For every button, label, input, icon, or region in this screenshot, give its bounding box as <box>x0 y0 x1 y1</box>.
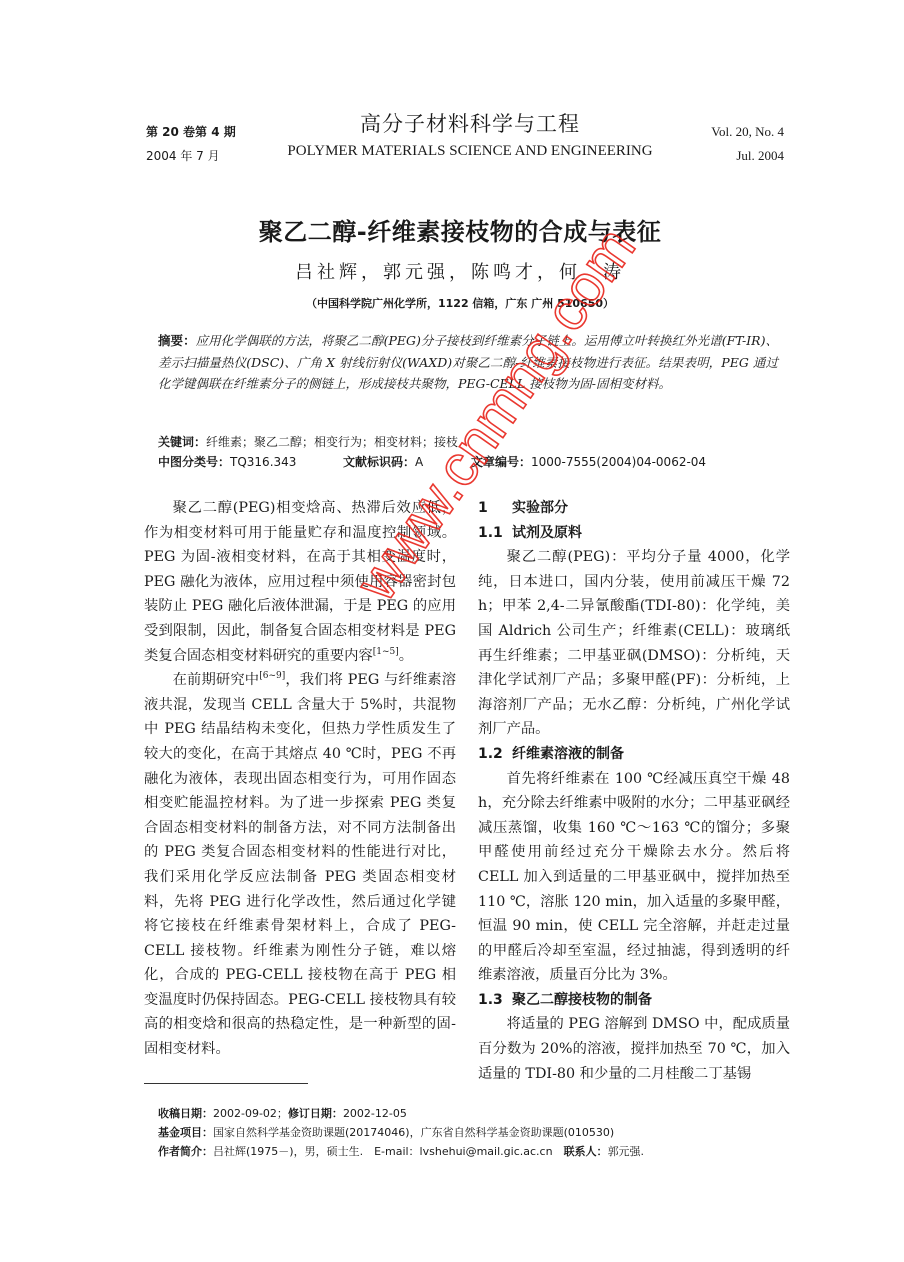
journal-title-en: POLYMER MATERIALS SCIENCE AND ENGINEERIN… <box>230 140 710 162</box>
abstract: 摘要：应用化学偶联的方法，将聚乙二醇(PEG)分子接枝到纤维素分子链上。运用傅立… <box>158 330 778 395</box>
author-value: 吕社辉(1975－)，男，硕士生. E-mail：lvshehui@mail.g… <box>213 1145 564 1158</box>
paragraph-1-2: 首先将纤维素在 100 ℃经减压真空干燥 48 h，充分除去纤维素中吸附的水分；… <box>478 767 790 988</box>
section-heading-1-1: 1.1试剂及原料 <box>478 521 790 546</box>
text: ，我们将 PEG 与纤维素溶液共混，发现当 CELL 含量大于 5%时，共混物中… <box>144 672 456 1057</box>
date-en: Jul. 2004 <box>711 144 784 168</box>
text: 。 <box>399 648 413 664</box>
document-code: 文献标识码：A <box>343 452 471 472</box>
received-date: 收稿日期：2002-09-02；修订日期：2002-12-05 <box>158 1104 798 1123</box>
section-title: 纤维素溶液的制备 <box>512 746 624 762</box>
article-no-value: 1000-7555(2004)04-0062-04 <box>531 455 706 469</box>
classification-line: 中图分类号：TQ316.343 文献标识码：A 文章编号：1000-7555(2… <box>158 452 798 472</box>
keywords-text: 纤维素；聚乙二醇；相变行为；相变材料；接枝 <box>206 435 458 449</box>
abstract-label: 摘要： <box>158 333 196 348</box>
body-column-right: 1实验部分 1.1试剂及原料 聚乙二醇(PEG)：平均分子量 4000，化学纯，… <box>478 496 790 1086</box>
clc-number: 中图分类号：TQ316.343 <box>158 452 343 472</box>
received-label: 收稿日期： <box>158 1107 213 1120</box>
authors: 吕社辉，郭元强，陈鸣才，何 涛 <box>120 258 800 284</box>
keywords: 关键词：纤维素；聚乙二醇；相变行为；相变材料；接枝 <box>158 432 458 452</box>
paragraph-1-1: 聚乙二醇(PEG)：平均分子量 4000，化学纯，日本进口，国内分装，使用前减压… <box>478 545 790 742</box>
footnote-divider <box>144 1083 308 1084</box>
journal-title-cn: 高分子材料科学与工程 <box>230 110 710 138</box>
paper-page: 第 20 卷第 4 期 2004 年 7 月 高分子材料科学与工程 POLYME… <box>0 0 904 1262</box>
intro-paragraph-2: 在前期研究中[6~9]，我们将 PEG 与纤维素溶液共混，发现当 CELL 含量… <box>144 668 456 1062</box>
section-number: 1.3 <box>478 988 512 1013</box>
clc-value: TQ316.343 <box>230 455 296 469</box>
header-left: 第 20 卷第 4 期 2004 年 7 月 <box>146 120 236 168</box>
author-info: 作者简介：吕社辉(1975－)，男，硕士生. E-mail：lvshehui@m… <box>158 1142 798 1161</box>
fund-value: 国家自然科学基金资助课题(20174046)，广东省自然科学基金资助课题(010… <box>213 1126 614 1139</box>
doc-code-value: A <box>415 455 423 469</box>
contact-value: 郭元强. <box>608 1145 645 1158</box>
section-heading-1-3: 1.3聚乙二醇接枝物的制备 <box>478 988 790 1013</box>
section-heading-1-2: 1.2纤维素溶液的制备 <box>478 742 790 767</box>
doc-code-label: 文献标识码： <box>343 455 415 469</box>
section-number: 1.1 <box>478 521 512 546</box>
author-label: 作者简介： <box>158 1145 213 1158</box>
article-no-label: 文章编号： <box>471 455 531 469</box>
contact-label: 联系人： <box>564 1145 608 1158</box>
footnotes: 收稿日期：2002-09-02；修订日期：2002-12-05 基金项目：国家自… <box>158 1104 798 1161</box>
fund-label: 基金项目： <box>158 1126 213 1139</box>
section-heading-1: 1实验部分 <box>478 496 790 521</box>
section-title: 试剂及原料 <box>512 525 582 541</box>
revised-label: 修订日期： <box>288 1107 343 1120</box>
header-right: Vol. 20, No. 4 Jul. 2004 <box>711 120 784 168</box>
section-title: 实验部分 <box>512 500 568 516</box>
keywords-label: 关键词： <box>158 435 206 449</box>
article-number: 文章编号：1000-7555(2004)04-0062-04 <box>471 452 706 472</box>
volume-issue-cn: 第 20 卷第 4 期 <box>146 120 236 144</box>
paper-title: 聚乙二醇-纤维素接枝物的合成与表征 <box>120 212 800 247</box>
received-value: 2002-09-02； <box>213 1107 288 1120</box>
body-column-left: 聚乙二醇(PEG)相变焓高、热滞后效应低，作为相变材料可用于能量贮存和温度控制领… <box>144 496 456 1062</box>
text: 在前期研究中 <box>173 672 260 688</box>
affiliation: （中国科学院广州化学所，1122 信箱，广东 广州 510650） <box>120 295 800 311</box>
citation: [1~5] <box>373 647 399 657</box>
section-number: 1.2 <box>478 742 512 767</box>
section-number: 1 <box>478 496 512 521</box>
clc-label: 中图分类号： <box>158 455 230 469</box>
text: 聚乙二醇(PEG)相变焓高、热滞后效应低，作为相变材料可用于能量贮存和温度控制领… <box>144 500 456 664</box>
citation: [6~9] <box>259 671 285 681</box>
abstract-text: 应用化学偶联的方法，将聚乙二醇(PEG)分子接枝到纤维素分子链上。运用傅立叶转换… <box>158 333 778 391</box>
journal-header: 高分子材料科学与工程 POLYMER MATERIALS SCIENCE AND… <box>230 110 710 162</box>
paragraph-1-3: 将适量的 PEG 溶解到 DMSO 中，配成质量百分数为 20%的溶液，搅拌加热… <box>478 1012 790 1086</box>
intro-paragraph-1: 聚乙二醇(PEG)相变焓高、热滞后效应低，作为相变材料可用于能量贮存和温度控制领… <box>144 496 456 668</box>
date-cn: 2004 年 7 月 <box>146 144 236 168</box>
fund-info: 基金项目：国家自然科学基金资助课题(20174046)，广东省自然科学基金资助课… <box>158 1123 798 1142</box>
section-title: 聚乙二醇接枝物的制备 <box>512 992 652 1008</box>
volume-issue-en: Vol. 20, No. 4 <box>711 120 784 144</box>
revised-value: 2002-12-05 <box>343 1107 407 1120</box>
